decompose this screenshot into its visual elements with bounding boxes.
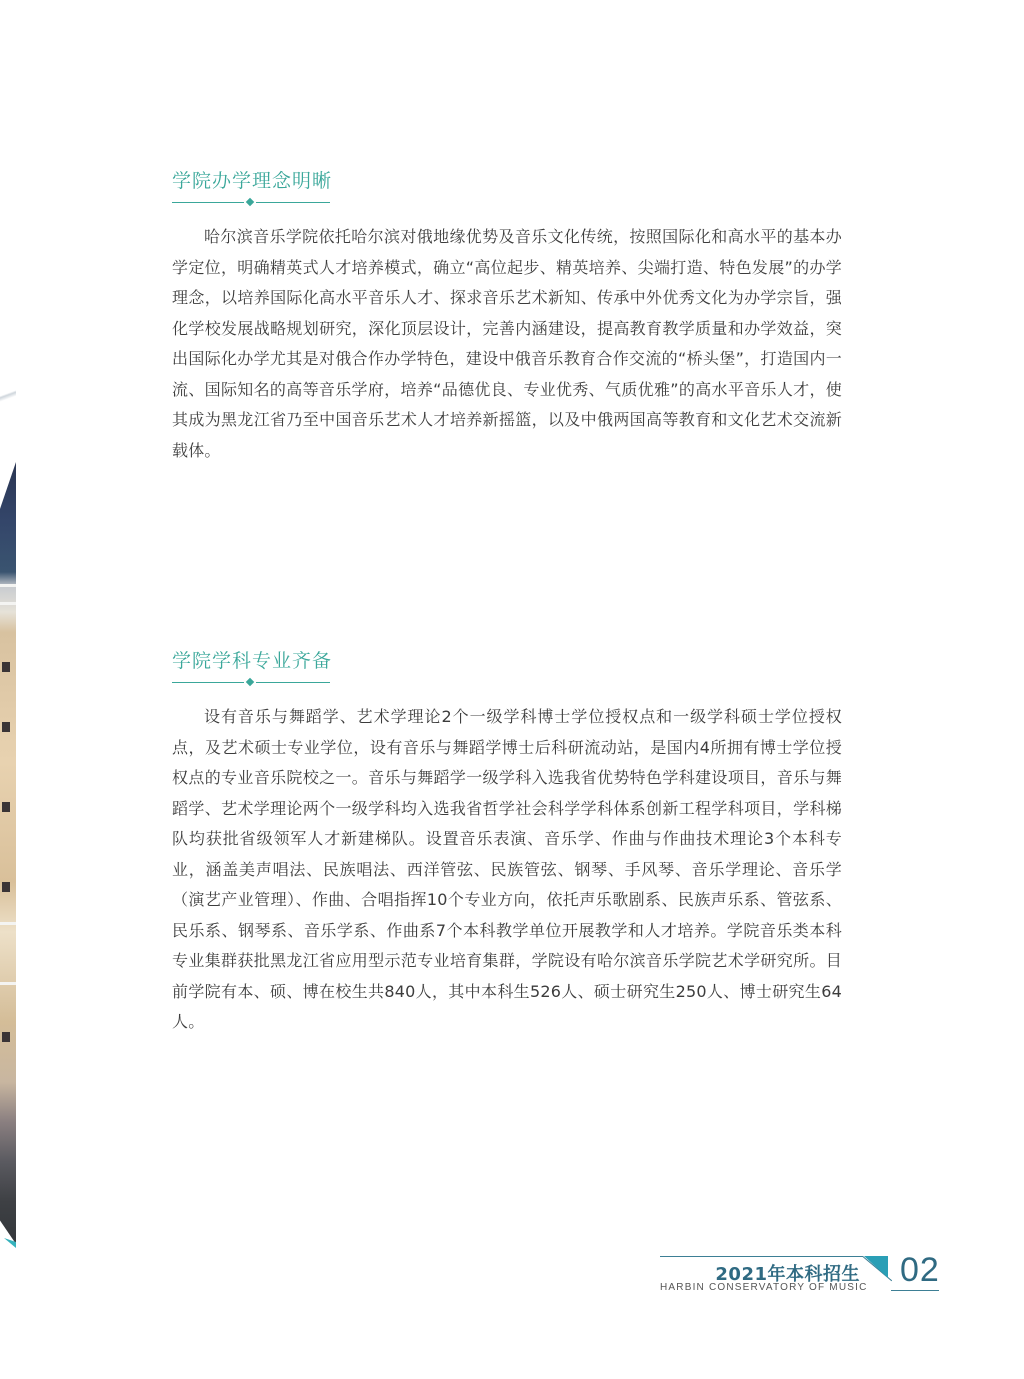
section-paragraph: 哈尔滨音乐学院依托哈尔滨对俄地缘优势及音乐文化传统，按照国际化和高水平的基本办学… <box>172 222 842 466</box>
underline-left <box>172 202 244 203</box>
building-photo-strip <box>0 462 16 1244</box>
photo-window <box>2 1032 10 1042</box>
photo-trim <box>0 602 16 605</box>
photo-window <box>2 882 10 892</box>
section-disciplines: 学院学科专业齐备 设有音乐与舞蹈学、艺术学理论2个一级学科博士学位授权点和一级学… <box>172 648 842 1038</box>
section-title: 学院学科专业齐备 <box>172 648 842 674</box>
diamond-icon <box>246 198 254 206</box>
underline-right <box>256 682 330 683</box>
underline-left <box>172 682 244 683</box>
underline-right <box>256 202 330 203</box>
photo-window <box>2 662 10 672</box>
section-philosophy: 学院办学理念明晰 哈尔滨音乐学院依托哈尔滨对俄地缘优势及音乐文化传统，按照国际化… <box>172 168 842 466</box>
page-footer: 2021年本科招生 HARBIN CONSERVATORY OF MUSIC 0… <box>656 1250 946 1298</box>
section-title: 学院办学理念明晰 <box>172 168 842 194</box>
title-underline <box>172 678 302 688</box>
decorative-swoosh <box>0 388 16 402</box>
footer-rule-bottom <box>891 1290 939 1291</box>
photo-trim <box>0 584 16 587</box>
diamond-icon <box>246 678 254 686</box>
title-underline <box>172 198 302 208</box>
photo-window <box>2 722 10 732</box>
section-paragraph: 设有音乐与舞蹈学、艺术学理论2个一级学科博士学位授权点和一级学科硕士学位授权点，… <box>172 702 842 1038</box>
footer-rule-top <box>660 1256 863 1257</box>
photo-window <box>2 802 10 812</box>
footer-english-name: HARBIN CONSERVATORY OF MUSIC <box>660 1282 868 1293</box>
photo-trim <box>0 922 16 925</box>
photo-trim <box>0 982 16 985</box>
page-number: 02 <box>900 1252 940 1288</box>
